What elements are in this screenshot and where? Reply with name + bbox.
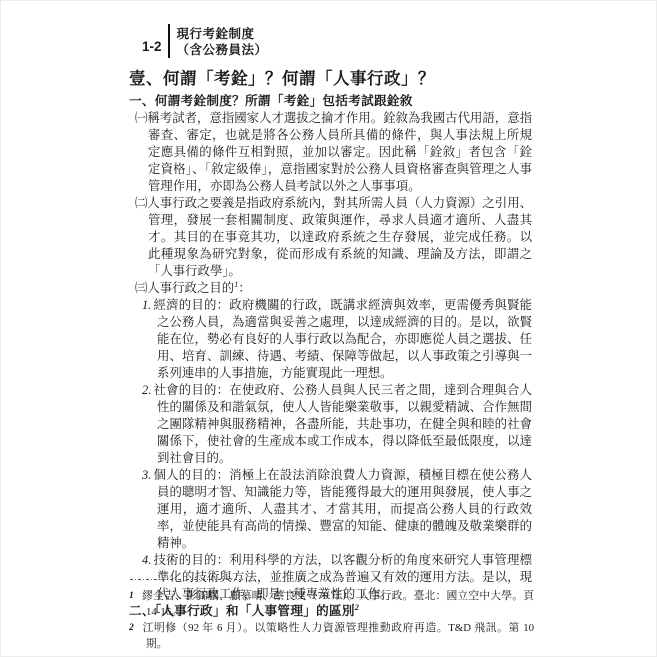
footnote-1-marker: 1 <box>129 588 142 604</box>
footnote-2-text: 江明修（92 年 6 月）。以策略性人力資源管理推動政府再造。T&D 飛訊。第 … <box>142 622 534 650</box>
list-item-3-marker: ㈢ <box>135 281 147 295</box>
book-title: 現行考銓制度 <box>177 26 268 42</box>
header-divider-line <box>168 24 170 58</box>
footnote-separator-line <box>130 579 243 580</box>
footnote-1: 1繆全吉、彭錦鵬、顧慕晴、蔡良文（79 年）。人事行政。臺北：國立空中大學。頁 … <box>129 588 534 620</box>
list-item-3-text: 人事行政之目的 <box>147 281 234 295</box>
list-item-1: ㈠稱考試者，意指國家人才選拔之掄才作用。銓敘為我國古代用語，意指審查、審定，也就… <box>129 110 532 195</box>
page-header: 1-2 現行考銓制度 （含公務員法） <box>142 24 268 58</box>
book-title-block: 現行考銓制度 （含公務員法） <box>177 26 268 58</box>
numbered-item-4-marker: 4. <box>142 553 153 567</box>
page-number: 1-2 <box>142 40 162 59</box>
numbered-item-3-marker: 3. <box>142 468 153 482</box>
footnote-2: 2江明修（92 年 6 月）。以策略性人力資源管理推動政府再造。T&D 飛訊。第… <box>129 620 534 652</box>
list-item-3: ㈢人事行政之目的1： <box>129 280 532 297</box>
numbered-item-3-text: 個人的目的：消極上在設法消除浪費人力資源，積極目標在使公務人員的聰明才智、知識能… <box>153 468 532 550</box>
numbered-item-1: 1.經濟的目的：政府機關的行政，既講求經濟與效率，更需優秀與賢能之公務人員，為適… <box>129 297 532 382</box>
list-item-3-colon: ： <box>238 281 250 295</box>
numbered-item-1-marker: 1. <box>142 298 153 312</box>
book-page: 1-2 現行考銓制度 （含公務員法） 壹、何謂「考銓」？何謂「人事行政」？ 一、… <box>0 0 657 657</box>
list-item-1-marker: ㈠ <box>135 111 147 125</box>
footnote-2-marker: 2 <box>129 620 142 636</box>
list-item-2-text: 人事行政之要義是指政府系統內，對其所需人員（人力資源）之引用、管理，發展一套相關… <box>147 196 532 278</box>
list-item-2-marker: ㈡ <box>135 196 147 210</box>
numbered-item-3: 3.個人的目的：消極上在設法消除浪費人力資源，積極目標在使公務人員的聰明才智、知… <box>129 467 532 552</box>
body-content: 一、何謂考銓制度？所謂「考銓」包括考試跟銓敘 ㈠稱考試者，意指國家人才選拔之掄才… <box>129 93 532 620</box>
list-item-1-text: 稱考試者，意指國家人才選拔之掄才作用。銓敘為我國古代用語，意指審查、審定，也就是… <box>147 111 532 193</box>
numbered-item-2: 2.社會的目的：在使政府、公務人員與人民三者之間，達到合理與合人性的關係及和諧氣… <box>129 382 532 467</box>
section-1-heading: 一、何謂考銓制度？所謂「考銓」包括考試跟銓敘 <box>129 93 532 110</box>
chapter-title: 壹、何謂「考銓」？何謂「人事行政」？ <box>129 67 435 91</box>
numbered-item-2-text: 社會的目的：在使政府、公務人員與人民三者之間，達到合理與合人性的關係及和諧氣氛，… <box>153 383 532 465</box>
numbered-item-1-text: 經濟的目的：政府機關的行政，既講求經濟與效率，更需優秀與賢能之公務人員，為適當與… <box>153 298 532 380</box>
book-subtitle: （含公務員法） <box>177 42 268 58</box>
numbered-item-2-marker: 2. <box>142 383 153 397</box>
footnote-1-text: 繆全吉、彭錦鵬、顧慕晴、蔡良文（79 年）。人事行政。臺北：國立空中大學。頁 1… <box>142 590 534 618</box>
footnotes-block: 1繆全吉、彭錦鵬、顧慕晴、蔡良文（79 年）。人事行政。臺北：國立空中大學。頁 … <box>129 579 534 652</box>
list-item-2: ㈡人事行政之要義是指政府系統內，對其所需人員（人力資源）之引用、管理，發展一套相… <box>129 195 532 280</box>
